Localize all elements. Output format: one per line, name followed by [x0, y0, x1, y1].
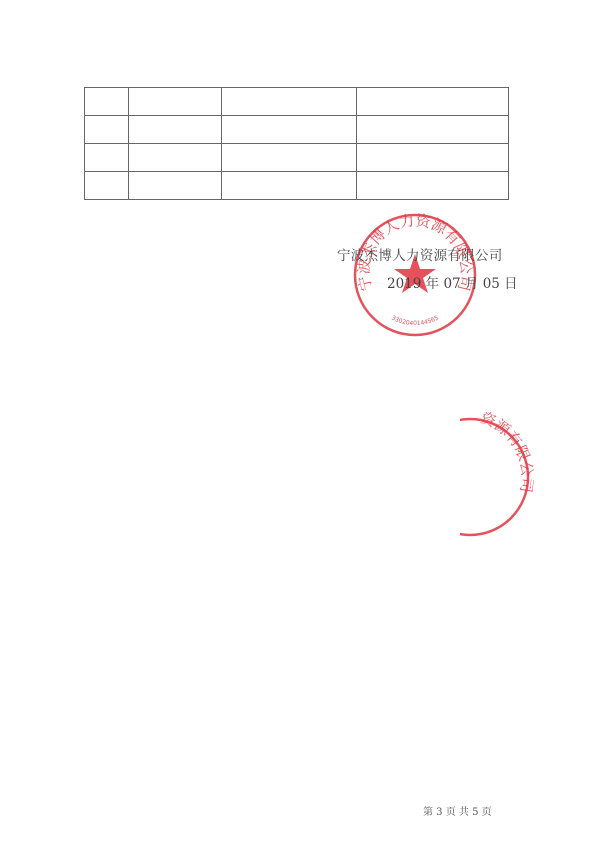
- table-cell: [129, 172, 222, 200]
- svg-text:3302040144565: 3302040144565: [390, 314, 440, 327]
- company-name: 宁波杰博人力资源有限公司: [337, 244, 503, 264]
- partial-seal: 资源有限公司: [405, 412, 535, 542]
- table-cell: [357, 144, 509, 172]
- table-cell: [357, 88, 509, 116]
- table-row: [85, 172, 509, 200]
- svg-text:资源有限公司: 资源有限公司: [478, 412, 535, 494]
- table-cell: [129, 116, 222, 144]
- table-row: [85, 116, 509, 144]
- table-cell: [129, 88, 222, 116]
- table-cell: [85, 88, 129, 116]
- page-number: 第 3 页 共 5 页: [423, 803, 492, 818]
- table-cell: [357, 116, 509, 144]
- table-cell: [222, 116, 357, 144]
- table-cell: [85, 116, 129, 144]
- table-cell: [222, 88, 357, 116]
- table-cell: [129, 144, 222, 172]
- table-row: [85, 144, 509, 172]
- table-cell: [222, 172, 357, 200]
- table-cell: [357, 172, 509, 200]
- table-row: [85, 88, 509, 116]
- table-cell: [85, 172, 129, 200]
- table-cell: [85, 144, 129, 172]
- empty-table: [84, 87, 509, 200]
- document-page: 宁波杰博人力资源有限公司 3302040144565 资源有限公司 宁波杰博人力…: [0, 0, 600, 848]
- table-cell: [222, 144, 357, 172]
- signature-date: 2019 年 07 月 05 日: [387, 272, 518, 292]
